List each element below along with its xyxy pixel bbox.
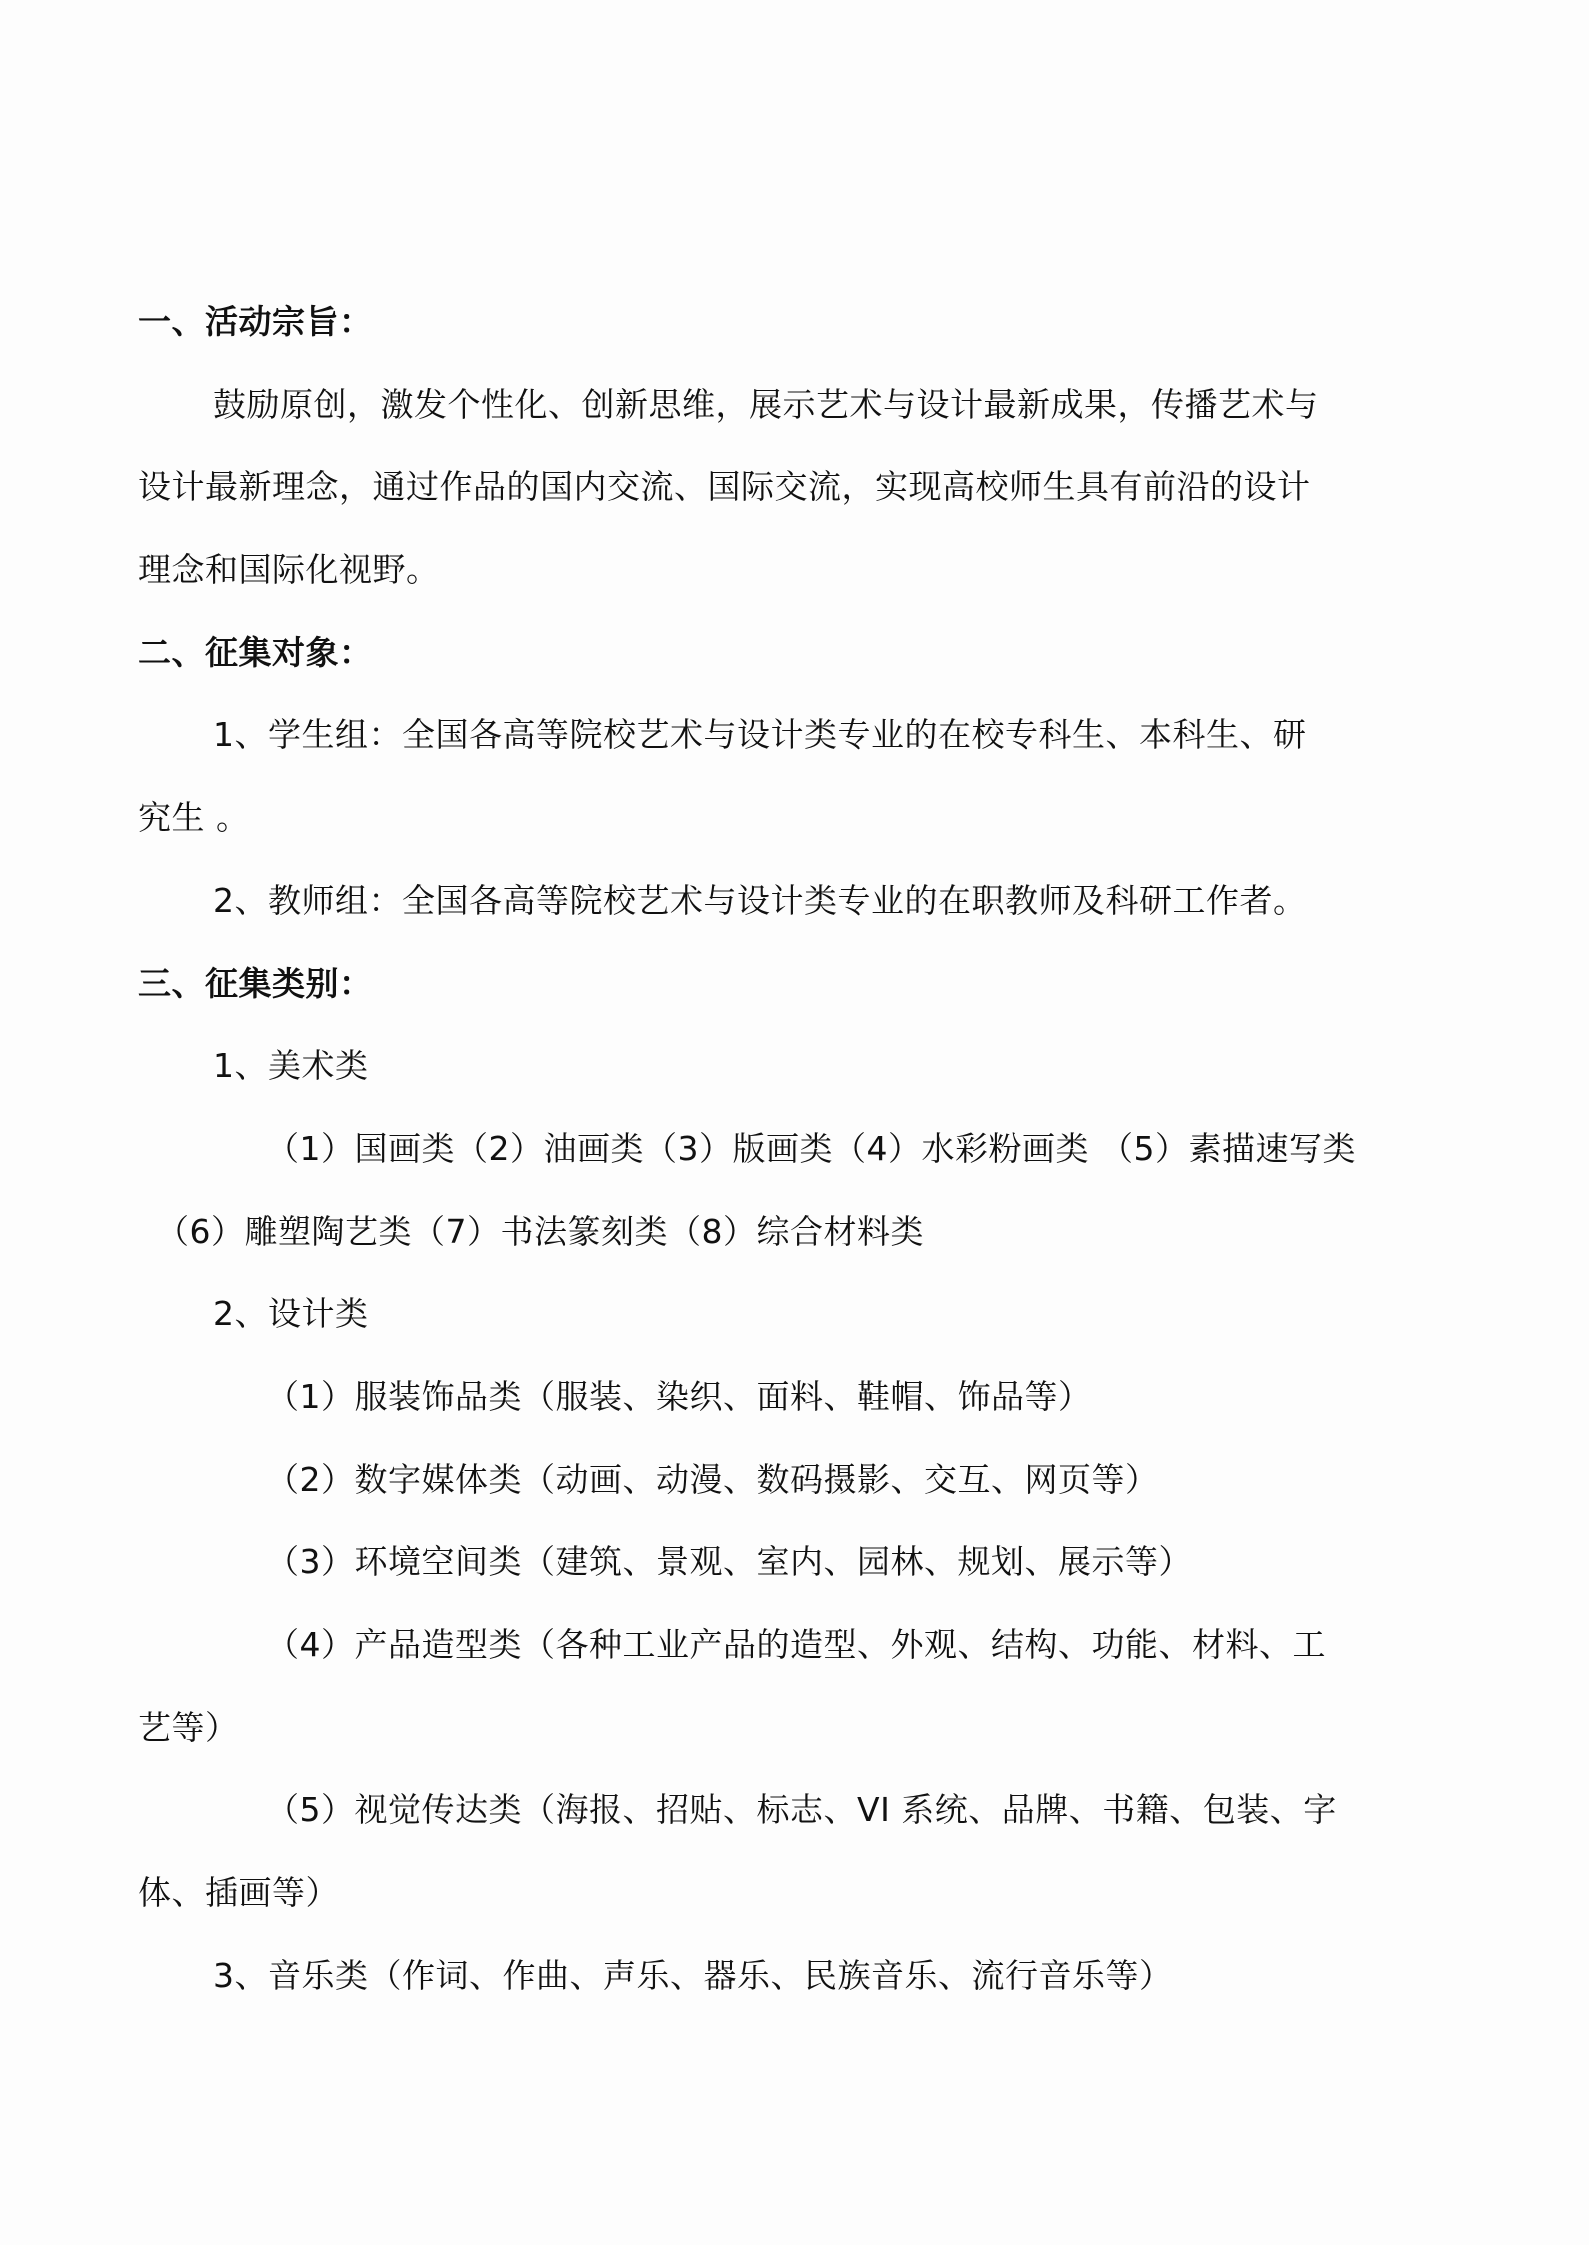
- design-subitem: （2）数字媒体类（动画、动漫、数码摄影、交互、网页等）: [138, 1439, 1440, 1522]
- paragraph-line: 理念和国际化视野。: [138, 529, 1440, 612]
- section-heading-targets: 二、征集对象：: [138, 612, 1440, 695]
- section-heading-purpose: 一、活动宗旨：: [138, 281, 1440, 364]
- list-item-continuation: 究生 。: [138, 777, 1440, 860]
- category-fine-arts: 1、美术类: [138, 1025, 1440, 1108]
- paragraph-line: 设计最新理念，通过作品的国内交流、国际交流，实现高校师生具有前沿的设计: [138, 446, 1440, 529]
- category-subitems-line: （1）国画类（2）油画类（3）版画类（4）水彩粉画类 （5）素描速写类: [138, 1108, 1440, 1191]
- design-subitem: （1）服装饰品类（服装、染织、面料、鞋帽、饰品等）: [138, 1356, 1440, 1439]
- document-content: 一、活动宗旨： 鼓励原创，激发个性化、创新思维，展示艺术与设计最新成果，传播艺术…: [138, 281, 1440, 2017]
- design-subitem-continuation: 体、插画等）: [138, 1852, 1440, 1935]
- category-subitems-line: （6）雕塑陶艺类（7）书法篆刻类（8）综合材料类: [138, 1191, 1440, 1274]
- design-subitem: （5）视觉传达类（海报、招贴、标志、VI 系统、品牌、书籍、包装、字: [138, 1769, 1440, 1852]
- section-heading-categories: 三、征集类别：: [138, 943, 1440, 1026]
- design-subitem-continuation: 艺等）: [138, 1687, 1440, 1770]
- paragraph-line: 鼓励原创，激发个性化、创新思维，展示艺术与设计最新成果，传播艺术与: [138, 364, 1440, 447]
- list-item-student-group: 1、学生组：全国各高等院校艺术与设计类专业的在校专科生、本科生、研: [138, 694, 1440, 777]
- design-subitem: （4）产品造型类（各种工业产品的造型、外观、结构、功能、材料、工: [138, 1604, 1440, 1687]
- category-design: 2、设计类: [138, 1273, 1440, 1356]
- category-music: 3、音乐类（作词、作曲、声乐、器乐、民族音乐、流行音乐等）: [138, 1935, 1440, 2018]
- document-page: 一、活动宗旨： 鼓励原创，激发个性化、创新思维，展示艺术与设计最新成果，传播艺术…: [0, 0, 1589, 2245]
- design-subitem: （3）环境空间类（建筑、景观、室内、园林、规划、展示等）: [138, 1521, 1440, 1604]
- list-item-teacher-group: 2、教师组：全国各高等院校艺术与设计类专业的在职教师及科研工作者。: [138, 860, 1440, 943]
